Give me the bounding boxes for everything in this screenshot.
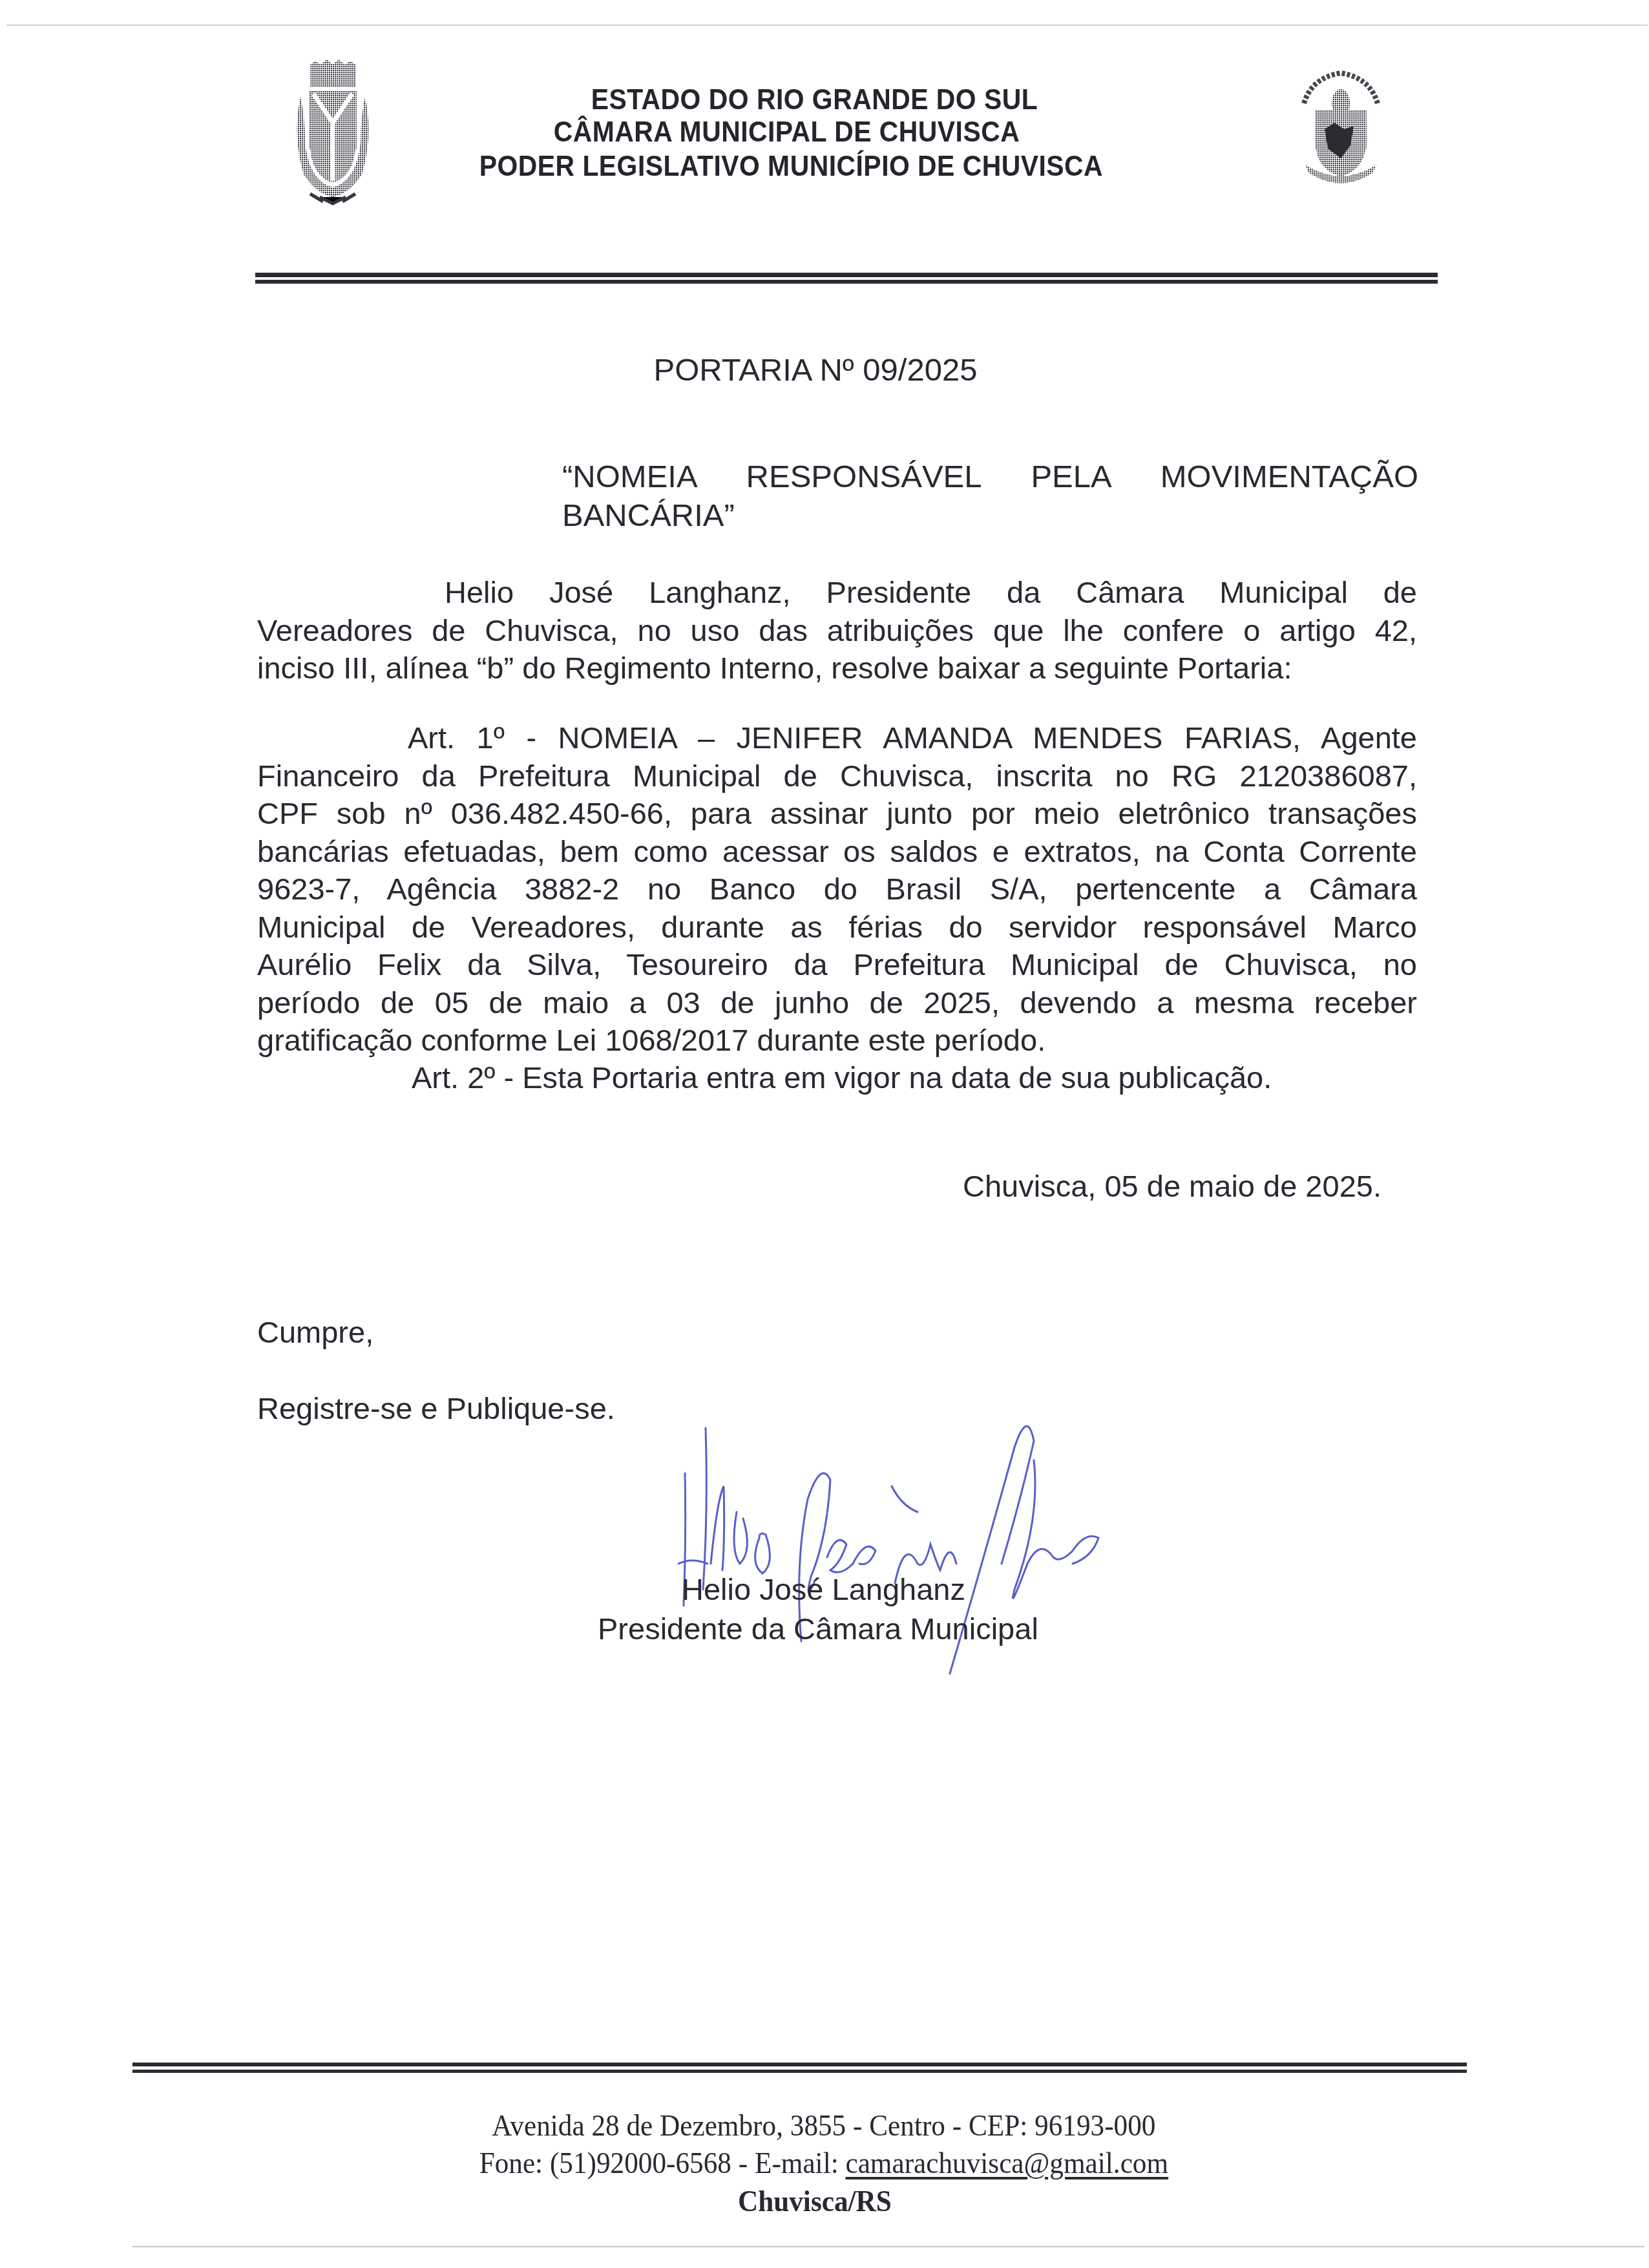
paragraph-line: Helio José Langhanz, Presidente da Câmar… — [257, 574, 1417, 612]
paragraph-line: Aurélio Felix da Silva, Tesoureiro da Pr… — [257, 946, 1417, 984]
paragraph-line: bancárias efetuadas, bem como acessar os… — [257, 833, 1417, 871]
document-page: ESTADO DO RIO GRANDE DO SUL CÂMARA MUNIC… — [0, 0, 1649, 2268]
ementa-line: “NOMEIA RESPONSÁVEL PELA MOVIMENTAÇÃO — [562, 457, 1418, 496]
scan-edge-line — [6, 25, 1648, 26]
header-divider — [255, 273, 1438, 277]
signatory-role: Presidente da Câmara Municipal — [598, 1611, 1038, 1646]
article-2: Art. 2º - Esta Portaria entra em vigor n… — [412, 1060, 1272, 1095]
date-place: Chuvisca, 05 de maio de 2025. — [963, 1168, 1381, 1204]
paragraph-line: período de 05 de maio a 03 de junho de 2… — [257, 984, 1417, 1022]
paragraph-line: Vereadores de Chuvisca, no uso das atrib… — [257, 612, 1417, 650]
footer-contact: Fone: (51)92000-6568 - E-mail: camarachu… — [65, 2146, 1582, 2181]
header-divider — [255, 280, 1438, 284]
closing-registre: Registre-se e Publique-se. — [257, 1391, 615, 1426]
paragraph-line: gratificação conforme Lei 1068/2017 dura… — [257, 1022, 1417, 1060]
paragraph-line: CPF sob nº 036.482.450-66, para assinar … — [257, 795, 1417, 833]
scan-edge-line — [132, 2246, 1644, 2247]
article-1: Art. 1º - NOMEIA – JENIFER AMANDA MENDES… — [257, 719, 1417, 1060]
ementa-line: BANCÁRIA” — [562, 498, 735, 533]
paragraph-line: Art. 1º - NOMEIA – JENIFER AMANDA MENDES… — [257, 719, 1417, 757]
closing-cumpre: Cumpre, — [257, 1314, 373, 1350]
footer-city: Chuvisca/RS — [56, 2184, 1573, 2219]
signatory-name: Helio José Langhanz — [682, 1571, 965, 1607]
paragraph-line: Municipal de Vereadores, durante as féri… — [257, 908, 1417, 947]
footer-email-link[interactable]: camarachuvisca@gmail.com — [845, 2147, 1168, 2180]
footer-divider — [132, 2063, 1467, 2066]
footer-phone: Fone: (51)92000-6568 - E-mail: — [479, 2147, 846, 2180]
paragraph-line: inciso III, alínea “b” do Regimento Inte… — [257, 649, 1417, 688]
document-ementa: “NOMEIA RESPONSÁVEL PELA MOVIMENTAÇÃO BA… — [562, 457, 1418, 535]
paragraph-line: Financeiro da Prefeitura Municipal de Ch… — [257, 757, 1417, 795]
footer-divider — [132, 2070, 1467, 2073]
chamber-crest-icon — [1292, 68, 1389, 187]
document-title: PORTARIA Nº 09/2025 — [0, 352, 1640, 388]
footer-address: Avenida 28 de Dezembro, 3855 - Centro - … — [65, 2108, 1582, 2143]
handwritten-signature — [646, 1370, 1357, 1732]
intro-paragraph: Helio José Langhanz, Presidente da Câmar… — [257, 574, 1417, 688]
paragraph-line: 9623-7, Agência 3882-2 no Banco do Brasi… — [257, 870, 1417, 908]
